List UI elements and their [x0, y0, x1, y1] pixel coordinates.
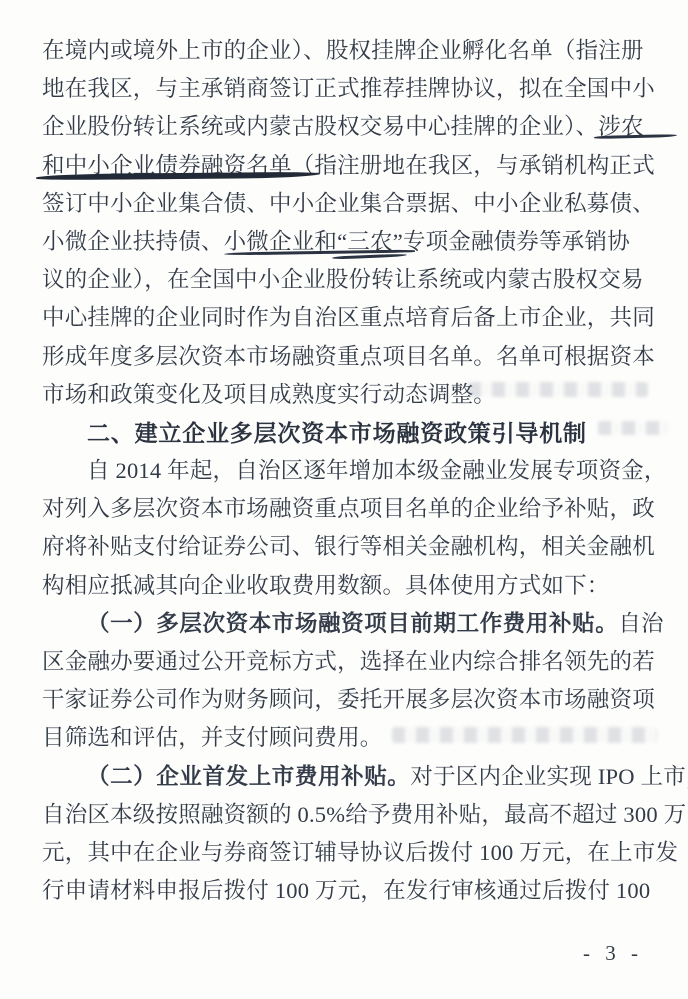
text-segment: 签订中小企业集合债、中小企业集合票据、中小企业私募债、: [42, 191, 655, 216]
text-segment: 市场和政策变化及项目成熟度实行动态调整。: [42, 382, 496, 407]
pen-underlined-text: 和中小企业债券融资名单（: [42, 153, 314, 178]
text-segment: （一）多层次资本市场融资项目前期工作费用补贴。: [87, 611, 618, 636]
text-segment: 形成年度多层次资本市场融资重点项目名单。名单可根据资本: [42, 344, 655, 369]
text-segment: 企业股份转让系统或内蒙古股权交易中心挂牌的企业）、: [42, 114, 598, 139]
text-segment: 自治: [618, 611, 663, 636]
text-segment: 构相应抵减其向企业收取费用数额。具体使用方式如下：: [42, 573, 610, 598]
text-segment: 中心挂牌的企业同时作为自治区重点培育后备上市企业，共同: [42, 305, 655, 330]
text-segment: 行申请材料申报后拨付 100 万元，在发行审核通过后拨付 100: [42, 878, 650, 903]
text-segment: 地在我区，与主承销商签订正式推荐挂牌协议，拟在全国中小: [42, 76, 655, 101]
text-segment: 府将补贴支付给证券公司、银行等相关金融机构，相关金融机: [42, 534, 655, 559]
text-segment: 专项金融债券等承销协: [403, 229, 630, 254]
text-segment: 区金融办要通过公开竞标方式，选择在业内综合排名领先的若: [42, 649, 655, 674]
page-number: - 3 -: [583, 941, 643, 966]
text-line: 企业股份转让系统或内蒙古股权交易中心挂牌的企业）、涉农: [42, 108, 654, 146]
bleedthrough-artifact: [392, 727, 657, 743]
text-line: 对列入多层次资本市场融资重点项目名单的企业给予补贴，政: [42, 490, 654, 528]
document-text: 在境内或境外上市的企业）、股权挂牌企业孵化名单（指注册地在我区，与主承销商签订正…: [42, 32, 654, 910]
text-segment: 自治区本级按照融资额的 0.5%给予费用补贴，最高不超过 300 万: [42, 802, 686, 827]
text-line: 自治区本级按照融资额的 0.5%给予费用补贴，最高不超过 300 万: [42, 796, 654, 834]
bleedthrough-artifact: [598, 421, 670, 435]
text-line: 构相应抵减其向企业收取费用数额。具体使用方式如下：: [42, 567, 654, 605]
text-line: 府将补贴支付给证券公司、银行等相关金融机构，相关金融机: [42, 528, 654, 566]
text-segment: 议的企业），在全国中小企业股份转让系统或内蒙古股权交易: [42, 267, 644, 292]
text-segment: 对列入多层次资本市场融资重点项目名单的企业给予补贴，政: [42, 496, 655, 521]
text-segment: 二、建立企业多层次资本市场融资政策引导机制: [87, 420, 587, 446]
text-line: （二）企业首发上市费用补贴。对于区内企业实现 IPO 上市，: [42, 758, 654, 796]
text-segment: 小微企业扶持债、: [42, 229, 224, 254]
text-line: 区金融办要通过公开竞标方式，选择在业内综合排名领先的若: [42, 643, 654, 681]
text-segment: （二）企业首发上市费用补贴。: [87, 764, 410, 789]
text-segment: 指注册地在我区，与承销机构正式: [314, 153, 655, 178]
text-line: 签订中小企业集合债、中小企业集合票据、中小企业私募债、: [42, 185, 654, 223]
text-line: 和中小企业债券融资名单（指注册地在我区，与承销机构正式: [42, 147, 654, 185]
scanned-document-page: 在境内或境外上市的企业）、股权挂牌企业孵化名单（指注册地在我区，与主承销商签订正…: [0, 0, 688, 999]
text-segment: 自 2014 年起，自治区逐年增加本级金融业发展专项资金，: [87, 458, 667, 483]
text-line: 中心挂牌的企业同时作为自治区重点培育后备上市企业，共同: [42, 299, 654, 337]
text-segment: 目筛选和评估，并支付顾问费用。: [42, 725, 383, 750]
text-line: 行申请材料申报后拨付 100 万元，在发行审核通过后拨付 100: [42, 872, 654, 910]
text-line: （一）多层次资本市场融资项目前期工作费用补贴。自治: [42, 605, 654, 643]
text-segment: 在境内或境外上市的企业）、股权挂牌企业孵化名单（指注册: [42, 38, 644, 63]
text-segment: 元，其中在企业与券商签订辅导协议后拨付 100 万元，在上市发: [42, 840, 678, 865]
text-line: 形成年度多层次资本市场融资重点项目名单。名单可根据资本: [42, 338, 654, 376]
text-line: 干家证券公司作为财务顾问，委托开展多层次资本市场融资项: [42, 681, 654, 719]
text-line: 小微企业扶持债、小微企业和“三农”专项金融债券等承销协: [42, 223, 654, 261]
bleedthrough-artifact: [468, 382, 648, 397]
text-line: 在境内或境外上市的企业）、股权挂牌企业孵化名单（指注册: [42, 32, 654, 70]
text-segment: 对于区内企业实现 IPO 上市，: [410, 764, 688, 789]
text-segment: 干家证券公司作为财务顾问，委托开展多层次资本市场融资项: [42, 687, 655, 712]
text-line: 议的企业），在全国中小企业股份转让系统或内蒙古股权交易: [42, 261, 654, 299]
text-line: 自 2014 年起，自治区逐年增加本级金融业发展专项资金，: [42, 452, 654, 490]
heading-line: 二、建立企业多层次资本市场融资政策引导机制: [42, 414, 654, 452]
pen-underlined-text: 涉农: [598, 114, 643, 139]
text-line: 元，其中在企业与券商签订辅导协议后拨付 100 万元，在上市发: [42, 834, 654, 872]
pen-underlined-text: 小微企业和“三农”: [224, 229, 403, 254]
text-line: 地在我区，与主承销商签订正式推荐挂牌协议，拟在全国中小: [42, 70, 654, 108]
